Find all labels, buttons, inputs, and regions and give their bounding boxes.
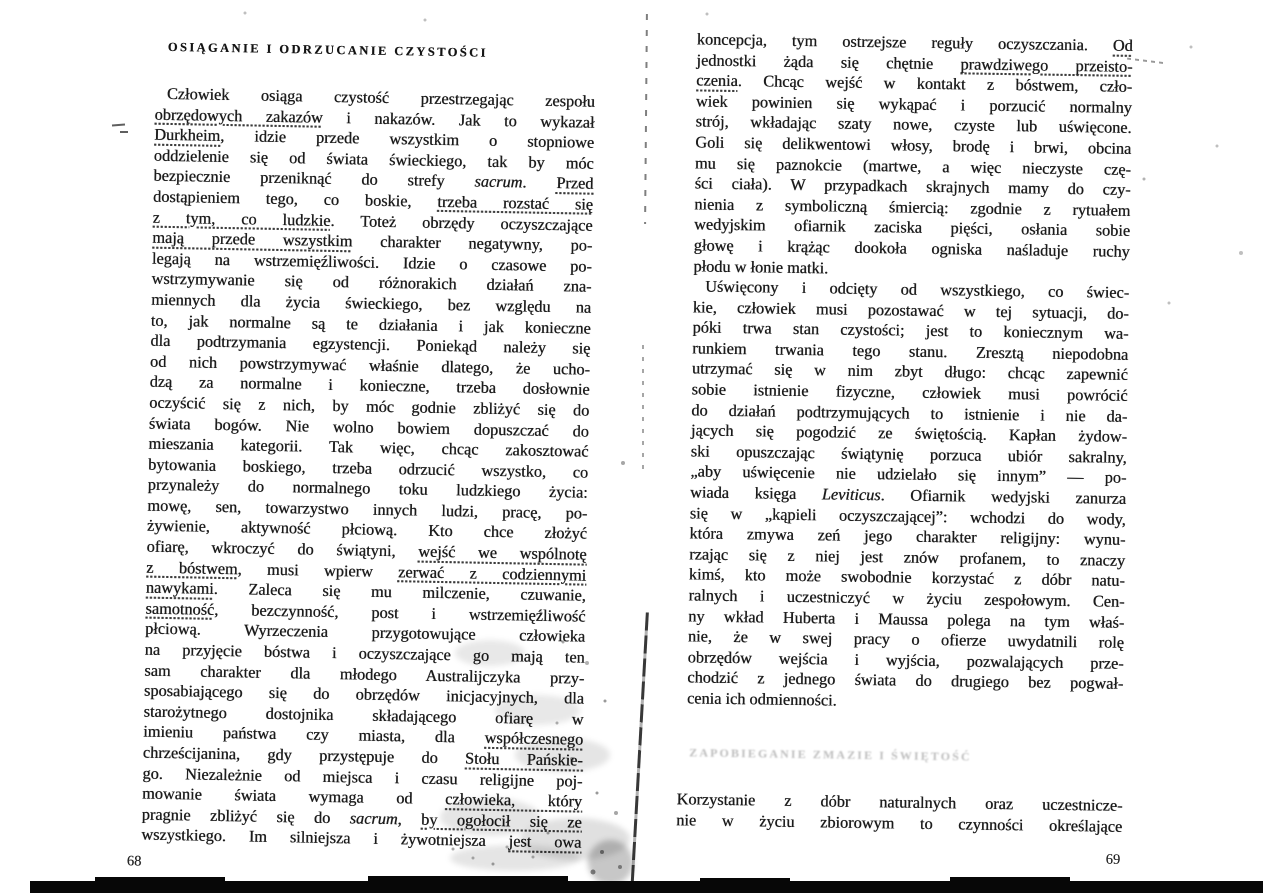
pencil-underline: nawykami <box>146 578 214 598</box>
left-page-number: 68 <box>127 853 142 870</box>
pencil-underline: mają przede wszystkim <box>152 228 352 251</box>
right-page-paragraph-3: Korzystanie z dóbr naturalnych oraz ucze… <box>676 789 1123 837</box>
scan-smudge <box>450 845 580 871</box>
scan-smudge <box>588 840 633 885</box>
gutter-crease-bottom <box>630 612 649 893</box>
pencil-underline: z bóstwem <box>146 557 238 578</box>
right-page-number: 69 <box>1106 852 1121 869</box>
scan-smudge <box>455 640 525 666</box>
left-page-running-header: OSIĄGANIE I ODRZUCANIE CZYSTOŚCI <box>168 40 488 61</box>
pencil-underline: Od <box>1113 36 1133 55</box>
gutter-crease-middle <box>642 345 644 470</box>
scan-smudge <box>515 738 610 772</box>
pencil-underline: Durkheim <box>154 125 220 145</box>
pencil-underline: prawdziwego przeisto- <box>960 54 1132 76</box>
scan-edge-bar <box>700 878 790 881</box>
pencil-underline: trzeba rozstać się <box>437 192 593 214</box>
scan-smudge <box>495 695 580 725</box>
scan-noise-specks <box>0 0 2 2</box>
pencil-underline: obrzędowych zakazów <box>154 104 323 126</box>
scan-edge-bar <box>950 877 1070 881</box>
right-page-faded-section-heading: ZAPOBIEGANIE ZMAZIE I ŚWIĘTOŚĆ <box>689 745 972 764</box>
margin-pencil-mark <box>112 124 125 127</box>
scan-edge-bar <box>368 876 568 881</box>
pencil-underline: samotność <box>145 598 214 618</box>
margin-pencil-mark <box>120 131 128 133</box>
pencil-underline: czenia <box>696 71 738 91</box>
right-page-paragraph-2: Uświęcony i odcięty od wszystkiego, co ś… <box>687 276 1129 715</box>
scan-edge-bar <box>30 881 1263 893</box>
pencil-underline: Przed <box>556 173 593 193</box>
pencil-underline: zerwać z codziennymi <box>398 562 586 584</box>
right-page: koncepcja, tym ostrzejsze reguły oczyszc… <box>677 23 1140 880</box>
left-page-text-column: Człowiek osiąga czystość przestrzegając … <box>141 84 595 854</box>
scan-edge-bar <box>95 877 225 881</box>
scanned-book-spread: { "left_page": { "header": "OSIĄGANIE I … <box>0 0 1263 893</box>
pencil-underline: wejść we wspólnotę <box>418 542 587 564</box>
gutter-crease-top <box>644 14 648 224</box>
pencil-underline: z tym, co ludzkie <box>153 207 331 229</box>
right-page-paragraph-1: koncepcja, tym ostrzejsze reguły oczyszc… <box>693 29 1133 283</box>
